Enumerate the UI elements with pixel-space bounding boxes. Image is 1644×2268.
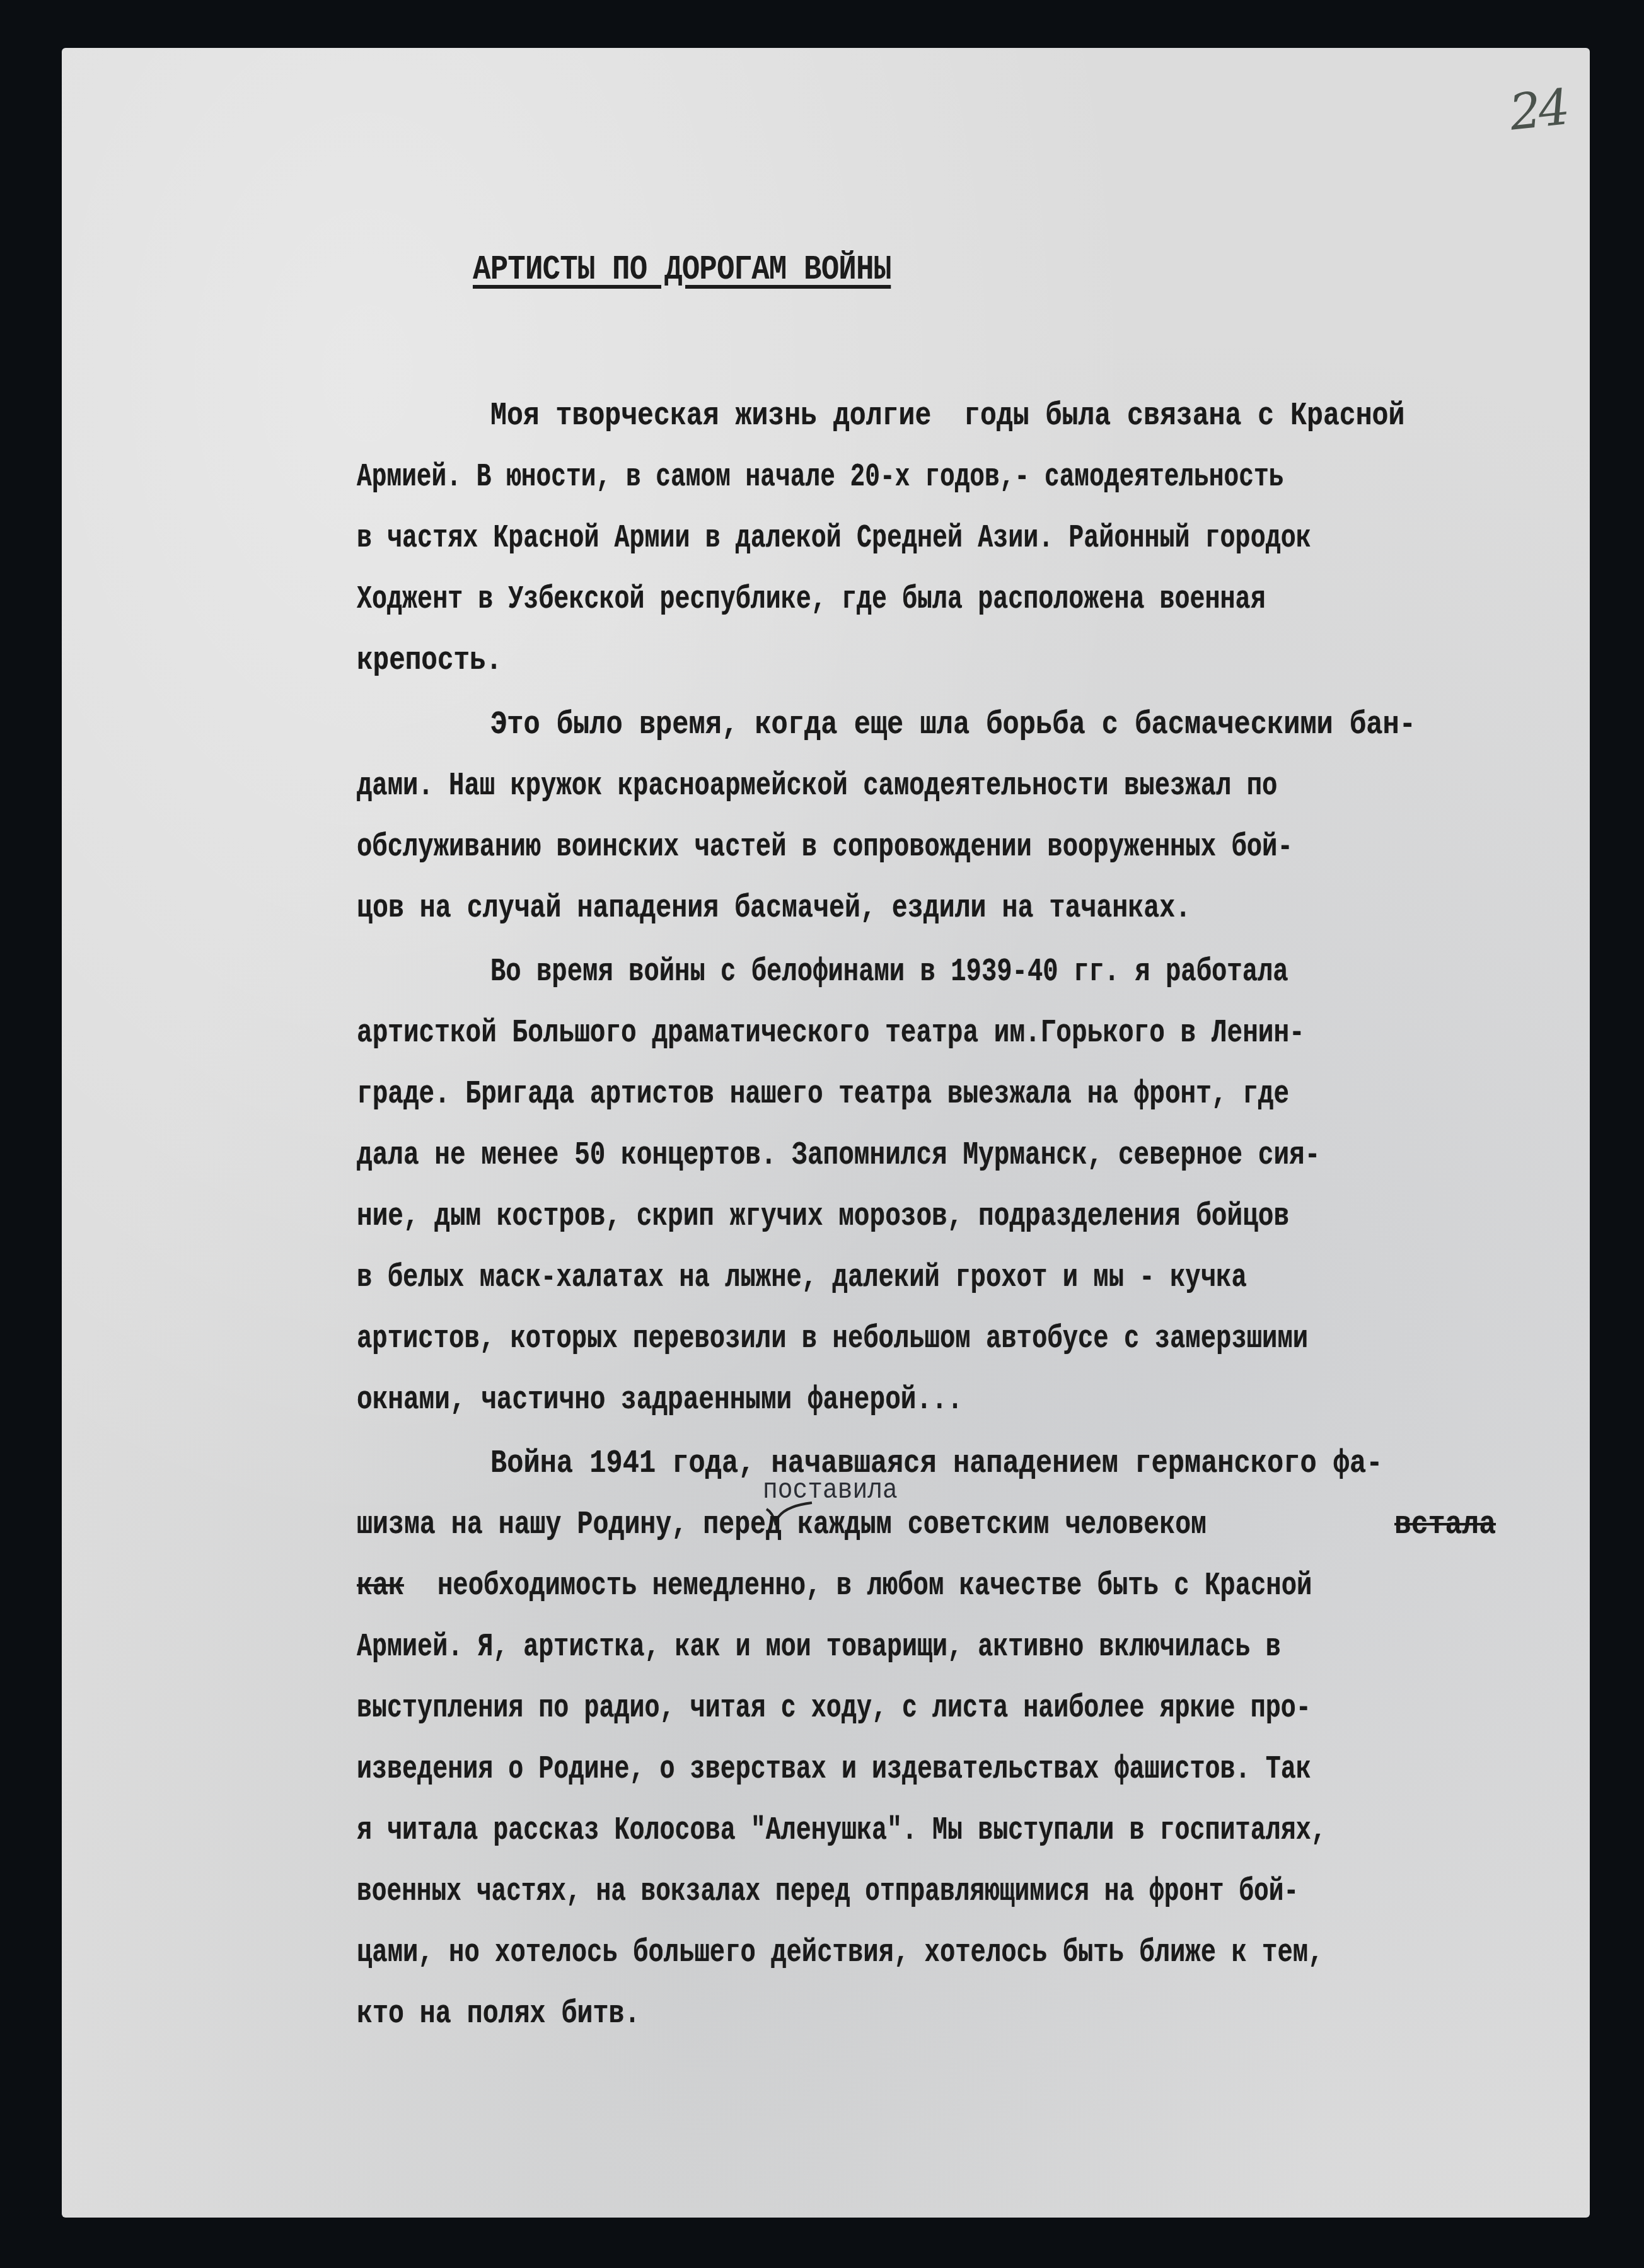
- text-line: Это было время, когда еще шла борьба с б…: [490, 706, 1416, 744]
- text-line: шизма на нашу Родину, перед каждым совет…: [357, 1506, 1207, 1544]
- text-line: Моя творческая жизнь долгие годы была св…: [490, 397, 1404, 435]
- text-line: в частях Красной Армии в далекой Средней…: [357, 519, 1311, 557]
- text-line: изведения о Родине, о зверствах и издева…: [357, 1750, 1311, 1788]
- text-line: я читала рассказ Колосова "Аленушка". Мы…: [357, 1812, 1326, 1849]
- text-line: Война 1941 года, начавшаяся нападением г…: [490, 1445, 1382, 1483]
- text-line: крепость.: [357, 642, 502, 680]
- folio-number: 24: [1507, 79, 1570, 141]
- text-line: ние, дым костров, скрип жгучих морозов, …: [357, 1198, 1289, 1235]
- text-line: военных частях, на вокзалах перед отправ…: [357, 1873, 1299, 1911]
- text-line: Во время войны с белофинами в 1939-40 гг…: [490, 953, 1288, 991]
- struck-word: как: [357, 1567, 404, 1605]
- text-line: дала не менее 50 концертов. Запомнился М…: [357, 1137, 1320, 1174]
- document-title: АРТИСТЫ ПО ДОРОГАМ ВОЙНЫ: [473, 251, 891, 289]
- text-line: цами, но хотелось большего действия, хот…: [357, 1934, 1323, 1972]
- text-line: выступления по радио, читая с ходу, с ли…: [357, 1689, 1311, 1727]
- text-line: артисткой Большого драматического театра…: [357, 1014, 1305, 1052]
- struck-word: встала: [1394, 1506, 1496, 1544]
- text-line: Армией. Я, артистка, как и мои товарищи,…: [357, 1628, 1281, 1666]
- text-line: Ходжент в Узбекской республике, где была…: [357, 581, 1266, 618]
- text-line: обслуживанию воинских частей в сопровожд…: [357, 828, 1293, 866]
- text-line: цов на случай нападения басмачей, ездили…: [357, 889, 1191, 927]
- text-line: граде. Бригада артистов нашего театра вы…: [357, 1075, 1289, 1113]
- text-line: Армией. В юности, в самом начале 20-х го…: [357, 458, 1283, 496]
- text-line: кто на полях битв.: [357, 1995, 640, 2033]
- text-line: артистов, которых перевозили в небольшом…: [357, 1320, 1308, 1358]
- text-line: окнами, частично задраенными фанерой...: [357, 1381, 963, 1419]
- text-line: дами. Наш кружок красноармейской самодея…: [357, 767, 1277, 805]
- text-line: необходимость немедленно, в любом качест…: [437, 1567, 1312, 1605]
- text-line: в белых маск-халатах на лыжне, далекий г…: [357, 1259, 1247, 1297]
